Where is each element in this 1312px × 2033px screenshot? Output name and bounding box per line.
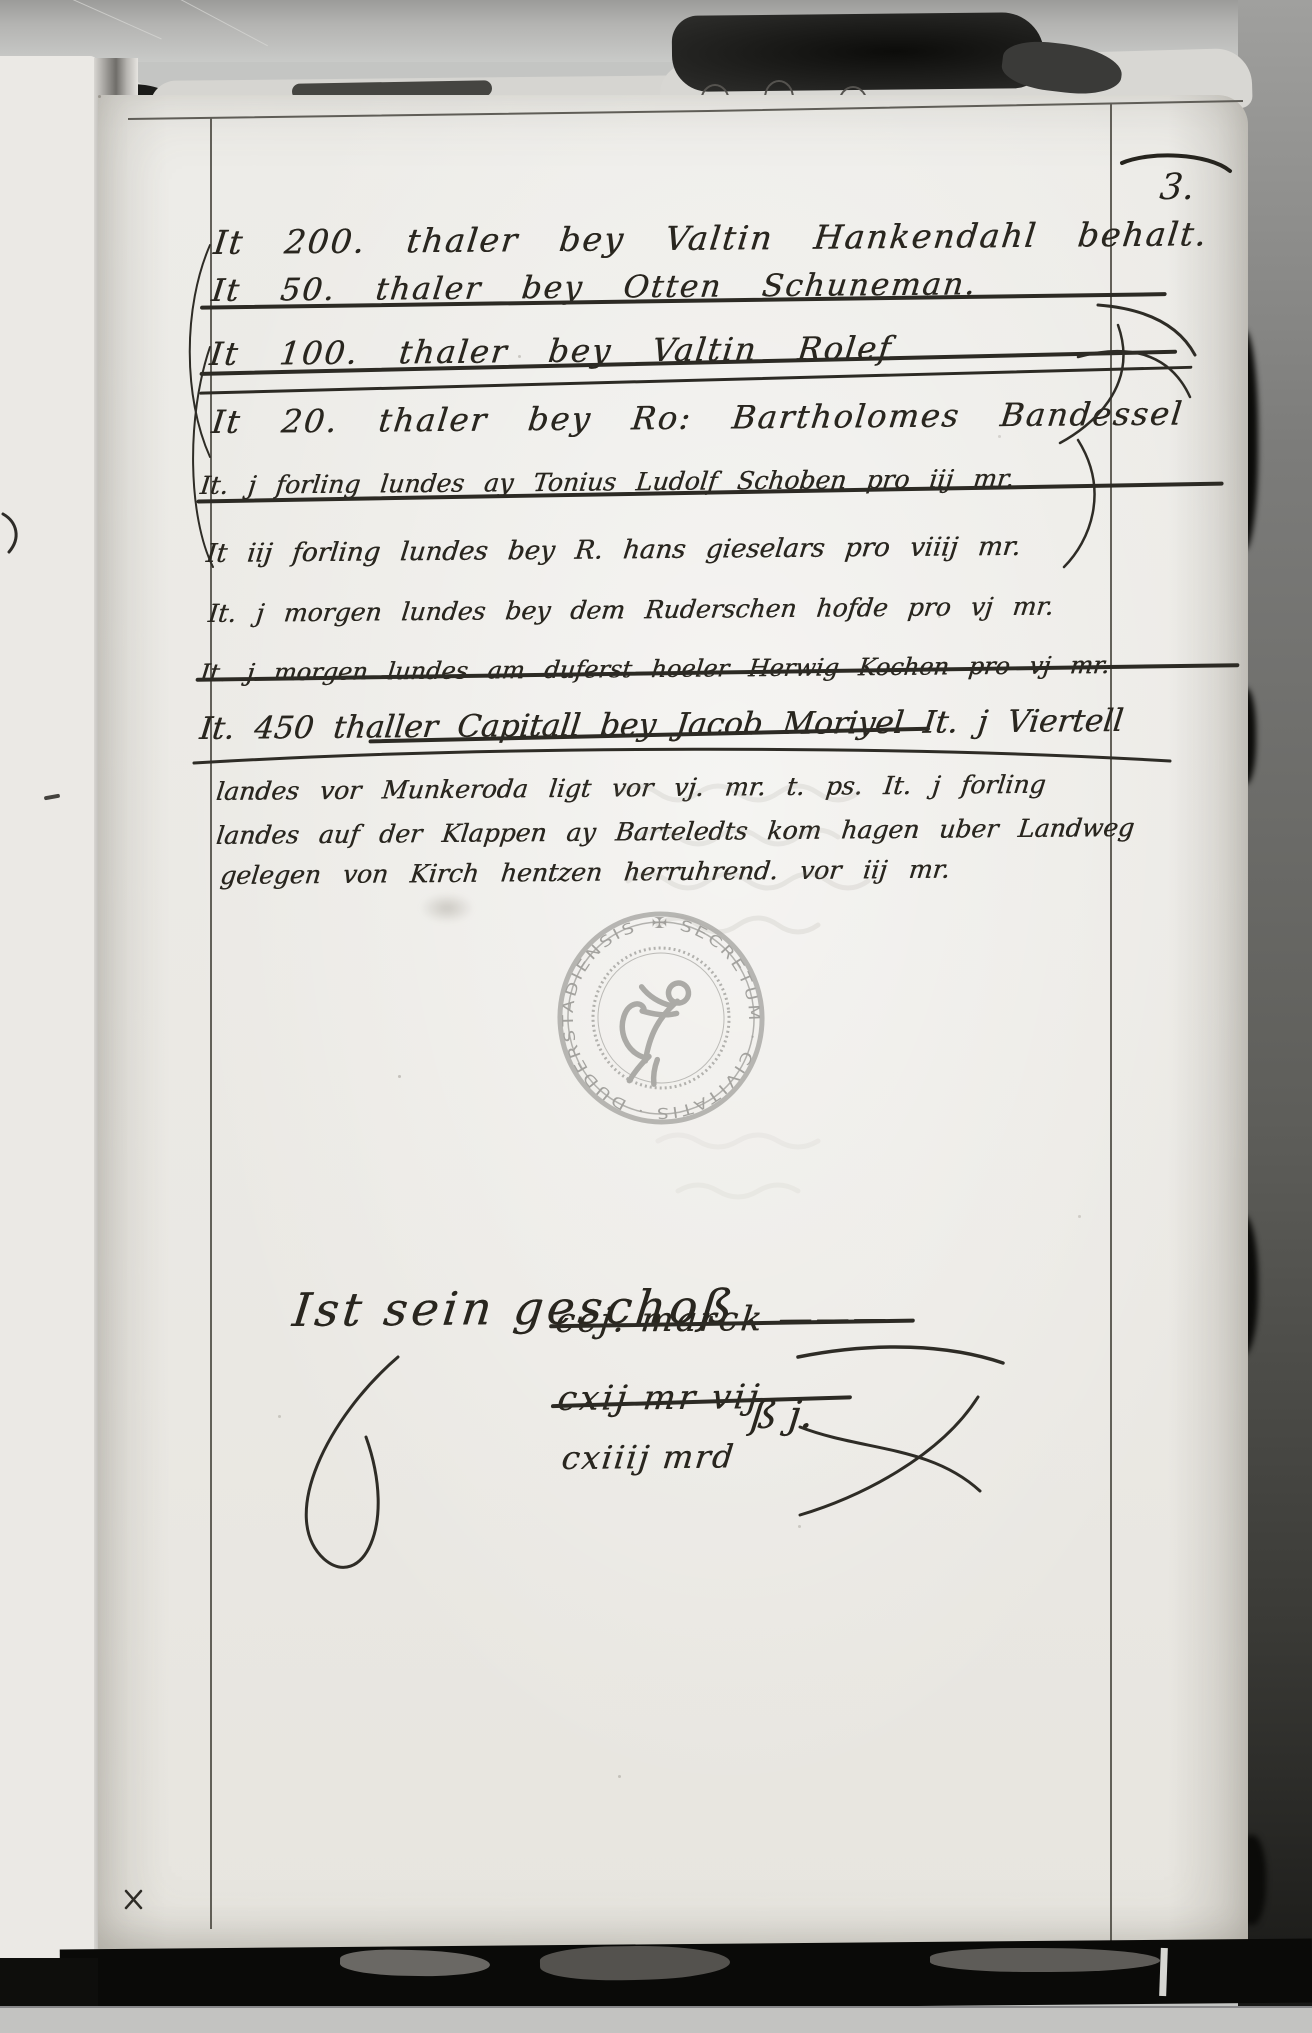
summary-amount-3: ß j. <box>749 1392 815 1437</box>
facing-page-ink-stroke <box>0 510 24 558</box>
facing-page-edge <box>0 56 98 1964</box>
ledger-line-9: It. 450 thaller Capitall bey Jacob Moriy… <box>198 703 1125 747</box>
ledger-line-1: It 200. thaler bey Valtin Hankendahl beh… <box>212 214 1211 262</box>
left-margin-rule <box>210 117 212 1929</box>
ink-smudge <box>420 893 474 923</box>
ledger-line-8: It. j morgen lundes am duferst hoeler He… <box>199 651 1111 687</box>
torn-dark-fragment <box>672 12 1045 92</box>
scanner-background-bottom <box>0 2006 1312 2033</box>
right-margin-rule <box>1110 103 1112 1948</box>
ledger-line-4: It 20. thaler bey Ro: Bartholomes Bandes… <box>210 395 1186 441</box>
lower-left-shadow <box>0 1958 98 2008</box>
page: 3. Ist sein geschoß It 200. thaler bey V… <box>98 95 1248 1950</box>
ledger-line-11: landes auf der Klappen ay Barteledts kom… <box>215 813 1136 850</box>
city-seal: ✠ SECRETUM · CIVITATIS · DUDERSTADIENSIS <box>542 896 780 1139</box>
summary-amount-1: ccj. marck ——— <box>553 1298 891 1341</box>
seal-lion-rampant-icon <box>618 982 697 1087</box>
ledger-line-5: It. j forling lundes ay Tonius Ludolf Sc… <box>199 464 1016 500</box>
ledger-line-12: gelegen von Kirch hentzen herruhrend. vo… <box>219 855 952 890</box>
ledger-line-2: It 50. thaler bey Otten Schuneman. <box>210 266 979 309</box>
manuscript-scan: { "document": { "title": "Archival ledge… <box>0 0 1312 2033</box>
ledger-line-3: It 100. thaler bey Valtin Rolef <box>208 329 895 373</box>
page-number: 3. <box>1158 167 1197 208</box>
ledger-line-7: It. j morgen lundes bey dem Ruderschen h… <box>207 592 1056 628</box>
book-edge-shadow-right <box>1238 0 1312 2033</box>
summary-amount-4: cxiiij mrd <box>560 1437 737 1477</box>
paper-speckles <box>98 95 101 98</box>
ledger-line-10: landes vor Munkeroda ligt vor vj. mr. t.… <box>215 770 1048 806</box>
ledger-line-6: It iij forling lundes bey R. hans giesel… <box>205 532 1023 569</box>
summary-amount-2: cxij mr vij <box>555 1377 763 1419</box>
torn-leaf-edge <box>930 1948 1160 1972</box>
